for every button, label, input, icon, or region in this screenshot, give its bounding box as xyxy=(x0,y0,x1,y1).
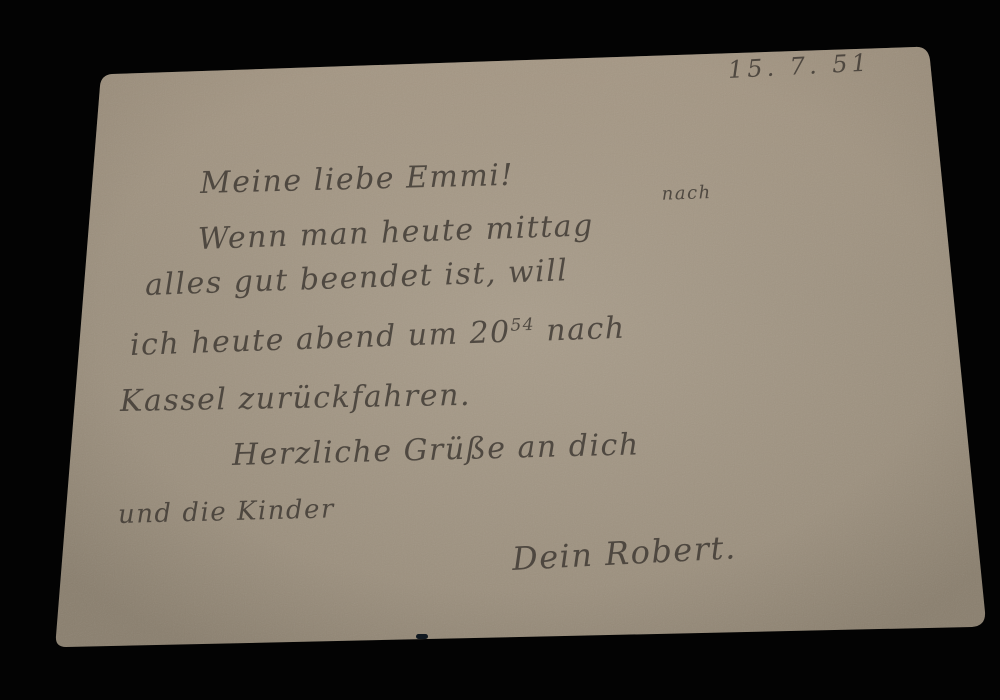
line-2-insertion: nach xyxy=(661,182,712,205)
line-4-end: nach xyxy=(535,311,627,349)
paper-speck xyxy=(416,634,428,639)
photo-scene: 15. 7. 51 Meine liebe Emmi! Wenn man heu… xyxy=(0,0,1000,700)
postcard-line-7: und die Kinder xyxy=(118,494,336,530)
line-4-time-minutes: 54 xyxy=(510,315,535,336)
postcard-line-5: Kassel zurückfahren. xyxy=(120,378,472,419)
